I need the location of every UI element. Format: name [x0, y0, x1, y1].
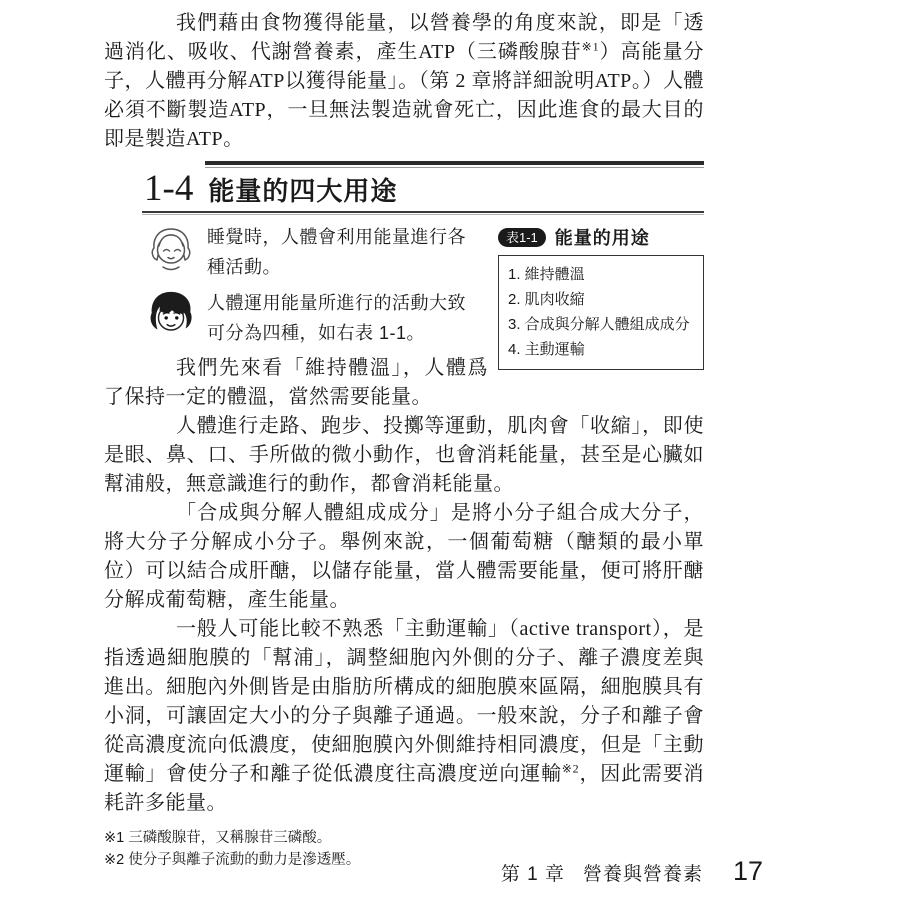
- dialogue-and-table-section: 表1-1 能量的用途 1. 維持體溫 2. 肌肉收縮 3. 合成與分解人體組成成…: [104, 222, 704, 412]
- dialogue-text: 睡覺時，人體會利用能量進行各種活動。: [207, 222, 483, 282]
- boy-face-icon: [144, 288, 198, 344]
- book-page: 我們藉由食物獲得能量，以營養學的角度來說，即是「透過消化、吸收、代謝營養素，產生…: [0, 0, 900, 900]
- footnote-ref-1: ※1: [582, 39, 600, 53]
- footer-page-number: 17: [733, 856, 763, 887]
- table-badge: 表1-1: [498, 228, 546, 247]
- table-box: 1. 維持體溫 2. 肌肉收縮 3. 合成與分解人體組成成分 4. 主動運輸: [498, 255, 704, 370]
- intro-paragraph: 我們藉由食物獲得能量，以營養學的角度來說，即是「透過消化、吸收、代謝營養素，產生…: [104, 9, 704, 154]
- dialogue-text: 人體運用能量所進行的活動大致可分為四種，如右表 1-1。: [207, 288, 483, 348]
- dialogue-item-1: 睡覺時，人體會利用能量進行各種活動。: [144, 222, 488, 282]
- section-number: 1-4: [144, 169, 193, 209]
- table-item: 1. 維持體溫: [508, 262, 699, 287]
- heading-rule-bottom: [142, 211, 704, 215]
- text-column: 我們藉由食物獲得能量，以營養學的角度來說，即是「透過消化、吸收、代謝營養素，產生…: [104, 0, 704, 871]
- footer-chapter: 第 1 章: [501, 859, 565, 886]
- section-heading: 1-4 能量的四大用途: [104, 161, 704, 215]
- heading-row: 1-4 能量的四大用途: [104, 168, 704, 211]
- paragraph-transport: 一般人可能比較不熟悉「主動運輸」（active transport），是指透過細…: [104, 615, 704, 818]
- footer-section-title: 營養與營養素: [583, 859, 703, 886]
- table-title: 能量的用途: [555, 224, 650, 250]
- table-caption: 表1-1 能量的用途: [498, 224, 704, 250]
- girl-face-icon: [144, 222, 198, 278]
- paragraph-synthesis: 「合成與分解人體組成成分」是將小分子組合成大分子，將大分子分解成小分子。舉例來說…: [104, 499, 704, 615]
- table-item: 2. 肌肉收縮: [508, 287, 699, 312]
- heading-rule-top: [205, 161, 704, 168]
- dialogue-item-2: 人體運用能量所進行的活動大致可分為四種，如右表 1-1。: [144, 288, 488, 348]
- table-1-1-figure: 表1-1 能量的用途 1. 維持體溫 2. 肌肉收縮 3. 合成與分解人體組成成…: [498, 224, 704, 370]
- page-footer: 第 1 章 營養與營養素 17: [501, 856, 763, 887]
- footnote-1: ※1 三磷酸腺苷，又稱腺苷三磷酸。: [104, 827, 704, 849]
- table-item: 3. 合成與分解人體組成成分: [508, 312, 699, 337]
- paragraph-muscle: 人體進行走路、跑步、投擲等運動，肌肉會「收縮」，即使是眼、鼻、口、手所做的微小動…: [104, 412, 704, 499]
- table-item: 4. 主動運輸: [508, 337, 699, 362]
- transport-text-1: 一般人可能比較不熟悉「主動運輸」（active transport），是指透過細…: [104, 618, 704, 785]
- section-title: 能量的四大用途: [208, 171, 397, 208]
- footnote-ref-2: ※2: [562, 761, 579, 775]
